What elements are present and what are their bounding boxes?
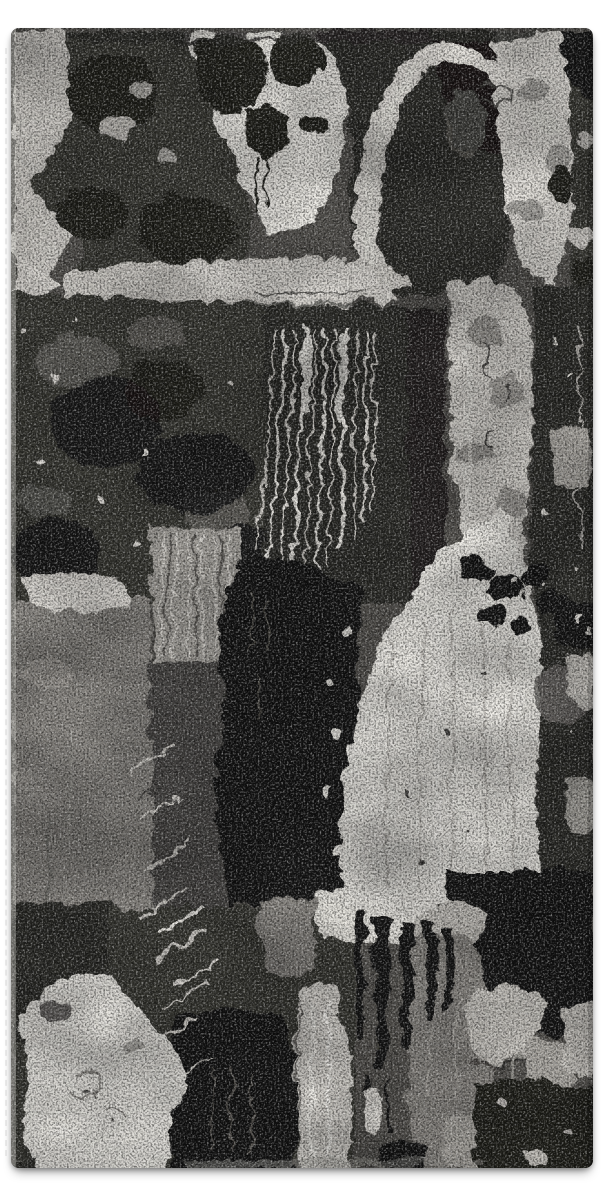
abstract-painting <box>11 28 593 1168</box>
left-edge-highlight <box>11 28 16 1168</box>
towel-edge-stitch-shadow <box>5 48 7 1156</box>
page-background <box>0 0 608 1200</box>
right-edge-shade <box>588 28 593 1168</box>
artwork-product-photo <box>11 28 593 1168</box>
texture-grain-light <box>11 28 593 1168</box>
